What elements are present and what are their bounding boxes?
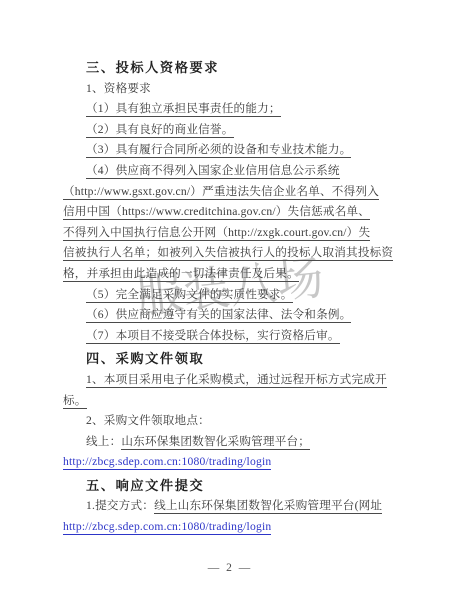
- section-heading-qualification: 三、投标人资格要求: [63, 58, 397, 79]
- submission-item-1-prefix: 1.提交方式：: [86, 499, 154, 512]
- collection-item-1-line-2: 标。: [63, 391, 397, 412]
- page-number: — 2 —: [63, 558, 397, 579]
- qualification-item-1: （1）具有独立承担民事责任的能力；: [63, 99, 397, 120]
- document-content: 三、投标人资格要求 1、资格要求 （1）具有独立承担民事责任的能力； （2）具有…: [63, 58, 397, 578]
- section-heading-submission: 五、响应文件提交: [63, 476, 397, 497]
- collection-url-link[interactable]: http://zbcg.sdep.com.cn:1080/trading/log…: [63, 455, 271, 470]
- qualification-subheading: 1、资格要求: [63, 79, 397, 100]
- qualification-item-7: （7）本项目不接受联合体投标，实行资格后审。: [63, 326, 397, 347]
- collection-location-platform: 山东环保集团数智化采购管理平台；: [121, 435, 310, 450]
- collection-item-1-line-1: 1、本项目采用电子化采购模式，通过远程开标方式完成开: [63, 370, 397, 391]
- qualification-item-6: （6）供应商应遵守有关的国家法律、法令和条例。: [63, 305, 397, 326]
- qualification-item-4-line-3: 信用中国（https://www.creditchina.gov.cn/）失信惩…: [63, 202, 397, 223]
- submission-url-line: http://zbcg.sdep.com.cn:1080/trading/log…: [63, 517, 397, 538]
- collection-item-2: 2、采购文件领取地点：: [63, 411, 397, 432]
- document-page: 服装八场 三、投标人资格要求 1、资格要求 （1）具有独立承担民事责任的能力； …: [0, 0, 450, 600]
- qualification-item-4-line-2: （http://www.gsxt.gov.cn/）严重违法失信企业名单、不得列入: [63, 182, 397, 203]
- collection-location-prefix: 线上：: [86, 435, 121, 448]
- submission-item-1-line: 1.提交方式：线上山东环保集团数智化采购管理平台(网址: [63, 496, 397, 517]
- qualification-item-4-line-5: 信被执行人名单；如被列入失信被执行人的投标人取消其投标资: [63, 243, 397, 264]
- submission-item-1-text: 线上山东环保集团数智化采购管理平台(网址: [154, 499, 382, 514]
- collection-location-line: 线上：山东环保集团数智化采购管理平台；: [63, 432, 397, 453]
- qualification-item-3: （3）具有履行合同所必须的设备和专业技术能力。: [63, 140, 397, 161]
- qualification-item-4-line-1: （4）供应商不得列入国家企业信用信息公示系统: [63, 161, 397, 182]
- qualification-item-5: （5）完全满足采购文件的实质性要求。: [63, 285, 397, 306]
- submission-url-link[interactable]: http://zbcg.sdep.com.cn:1080/trading/log…: [63, 520, 271, 535]
- qualification-item-4-line-4: 不得列入中国执行信息公开网（http://zxgk.court.gov.cn/）…: [63, 223, 397, 244]
- collection-url-line: http://zbcg.sdep.com.cn:1080/trading/log…: [63, 452, 397, 473]
- qualification-item-4-line-6: 格，并承担由此造成的一切法律责任及后果。: [63, 264, 397, 285]
- section-heading-collection: 四、采购文件领取: [63, 349, 397, 370]
- qualification-item-2: （2）具有良好的商业信誉。: [63, 120, 397, 141]
